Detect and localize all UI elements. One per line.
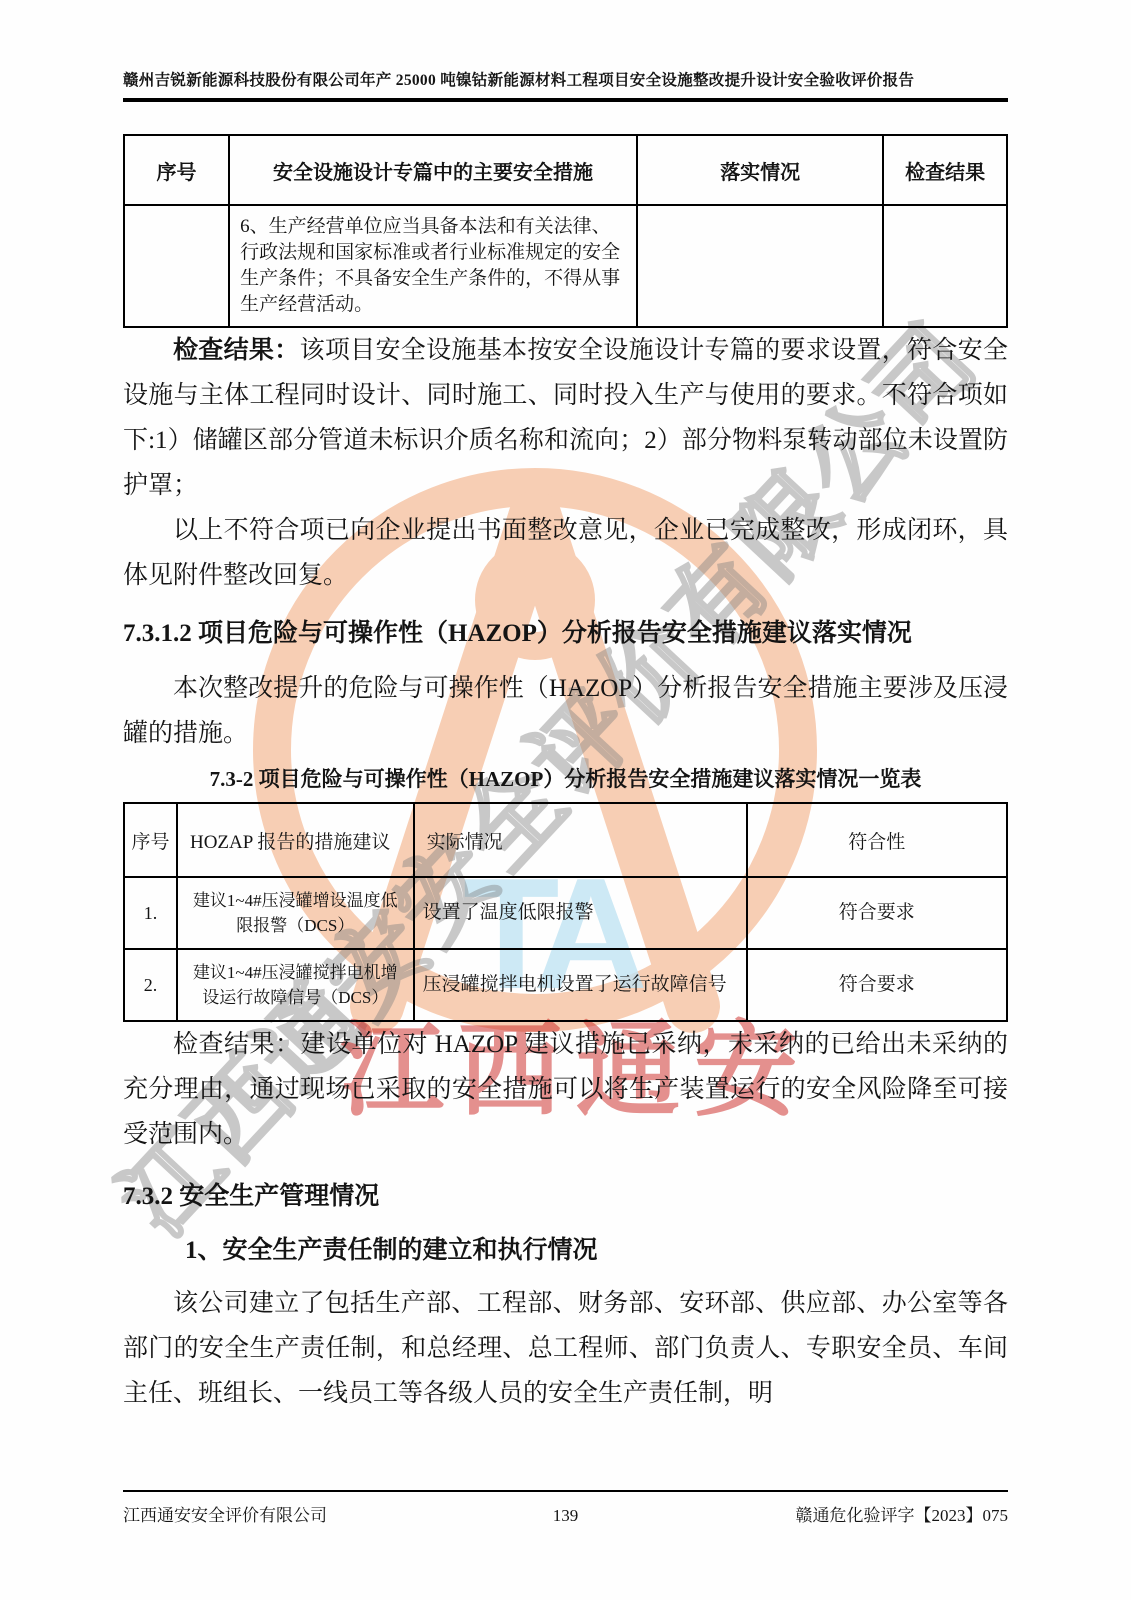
document-page: TA 江西通安安全评价有限公司 江西通安 赣州吉锐新能源科技股份有限公司年产 2… [0,0,1131,1600]
section-heading-7312: 7.3.1.2 项目危险与可操作性（HAZOP）分析报告安全措施建议落实情况 [123,616,1008,652]
table-row: 1. 建议1~4#压浸罐增设温度低限报警（DCS） 设置了温度低限报警 符合要求 [124,877,1007,949]
cell-seq [124,205,229,327]
header-cell-seq: 序号 [124,803,177,877]
document-header: 赣州吉锐新能源科技股份有限公司年产 25000 吨镍钴新能源材料工程项目安全设施… [123,0,1008,102]
cell-conformity: 符合要求 [747,949,1008,1021]
table-row: 2. 建议1~4#压浸罐搅拌电机增设运行故障信号（DCS） 压浸罐搅拌电机设置了… [124,949,1007,1021]
header-rule [123,98,1008,102]
paragraph-lead: 检查结果： [173,337,300,364]
footer-page-number: 139 [553,1506,579,1526]
paragraph-hazop-intro: 本次整改提升的危险与可操作性（HAZOP）分析报告安全措施主要涉及压浸罐的措施。 [123,666,1008,756]
cell-result [883,205,1007,327]
cell-seq: 2. [124,949,177,1021]
cell-suggestion: 建议1~4#压浸罐增设温度低限报警（DCS） [177,877,414,949]
cell-actual: 压浸罐搅拌电机设置了运行故障信号 [414,949,747,1021]
design-measures-table: 序号 安全设施设计专篇中的主要安全措施 落实情况 检查结果 6、生产经营单位应当… [123,134,1008,328]
section-heading-732: 7.3.2 安全生产管理情况 [123,1179,1008,1215]
subsection-heading-1: 1、安全生产责任制的建立和执行情况 [123,1231,1008,1271]
header-cell-measure: 安全设施设计专篇中的主要安全措施 [229,135,637,205]
header-cell-seq: 序号 [124,135,229,205]
footer-company: 江西通安安全评价有限公司 [123,1501,553,1526]
table-header-row: 序号 HOZAP 报告的措施建议 实际情况 符合性 [124,803,1007,877]
document-header-title: 赣州吉锐新能源科技股份有限公司年产 25000 吨镍钴新能源材料工程项目安全设施… [123,70,1008,92]
header-cell-suggestion: HOZAP 报告的措施建议 [177,803,414,877]
cell-suggestion: 建议1~4#压浸罐搅拌电机增设运行故障信号（DCS） [177,949,414,1021]
paragraph-inspection-result-1: 检查结果：该项目安全设施基本按安全设施设计专篇的要求设置，符合安全设施与主体工程… [123,328,1008,508]
cell-actual: 设置了温度低限报警 [414,877,747,949]
cell-implementation [637,205,883,327]
table-row: 6、生产经营单位应当具备本法和有关法律、行政法规和国家标准或者行业标准规定的安全… [124,205,1007,327]
footer-doc-number: 赣通危化验评字【2023】075 [578,1501,1008,1526]
hazop-measures-table: 序号 HOZAP 报告的措施建议 实际情况 符合性 1. 建议1~4#压浸罐增设… [123,802,1008,1022]
cell-measure: 6、生产经营单位应当具备本法和有关法律、行政法规和国家标准或者行业标准规定的安全… [229,205,637,327]
paragraph-inspection-result-2: 检查结果：建设单位对 HAZOP 建议措施已采纳，未采纳的已给出未采纳的充分理由… [123,1022,1008,1157]
header-cell-implementation: 落实情况 [637,135,883,205]
paragraph-rectification: 以上不符合项已向企业提出书面整改意见，企业已完成整改，形成闭环，具体见附件整改回… [123,508,1008,598]
header-cell-actual: 实际情况 [414,803,747,877]
header-cell-conformity: 符合性 [747,803,1008,877]
cell-seq: 1. [124,877,177,949]
paragraph-responsibility-system: 该公司建立了包括生产部、工程部、财务部、安环部、供应部、办公室等各部门的安全生产… [123,1281,1008,1416]
cell-conformity: 符合要求 [747,877,1008,949]
document-footer: 江西通安安全评价有限公司 139 赣通危化验评字【2023】075 [123,1490,1008,1526]
document-content: 赣州吉锐新能源科技股份有限公司年产 25000 吨镍钴新能源材料工程项目安全设施… [0,0,1131,1416]
table2-caption: 7.3-2 项目危险与可操作性（HAZOP）分析报告安全措施建议落实情况一览表 [123,764,1008,794]
table-header-row: 序号 安全设施设计专篇中的主要安全措施 落实情况 检查结果 [124,135,1007,205]
header-cell-result: 检查结果 [883,135,1007,205]
